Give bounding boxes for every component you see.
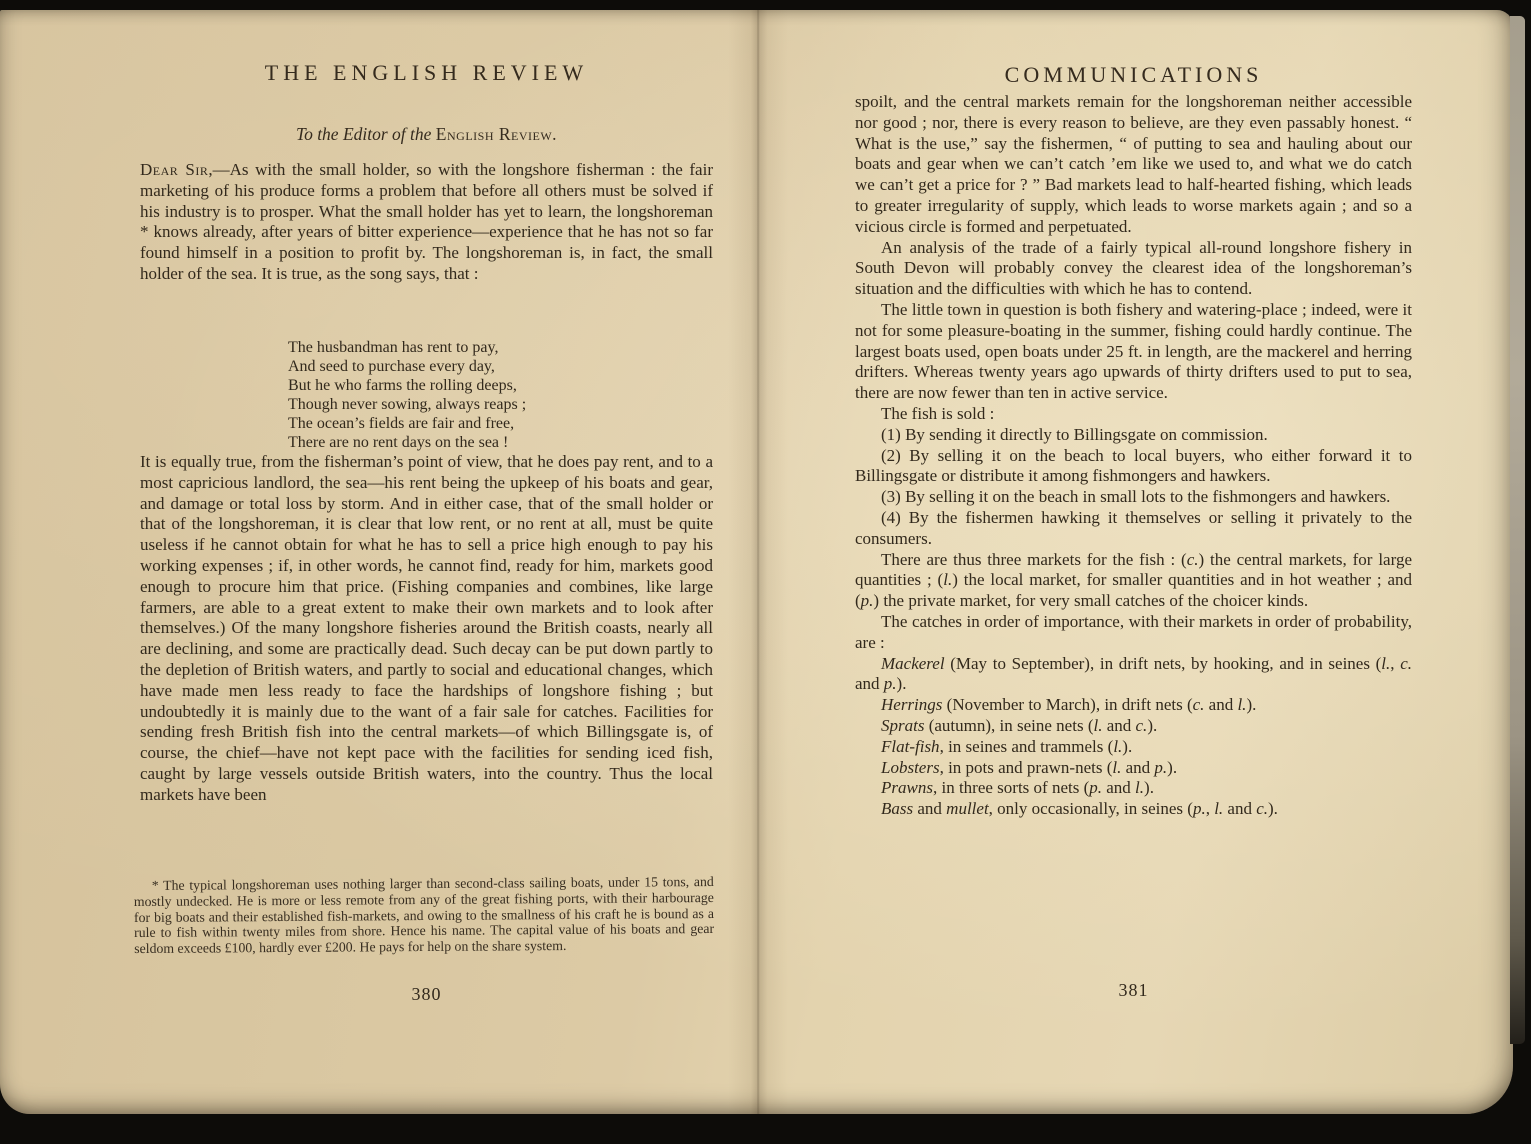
letter-salutation: To the Editor of the English Review.	[140, 124, 713, 145]
poem-line: The husbandman has rent to pay,	[288, 338, 526, 357]
poem-line: But he who farms the rolling deeps,	[288, 376, 526, 395]
right-running-head: COMMUNICATIONS	[855, 62, 1412, 88]
book-fore-edge	[1510, 16, 1525, 1044]
sales-list-item-1: (1) By sending it directly to Billingsga…	[855, 425, 1412, 446]
right-page-text-flow: spoilt, and the central markets remain f…	[855, 92, 1412, 820]
left-paragraph-1: Dear Sir,—As with the small holder, so w…	[140, 160, 713, 285]
sales-list-item-2: (2) By selling it on the beach to local …	[855, 446, 1412, 488]
right-page-number: 381	[855, 980, 1412, 1001]
fish-list-item-herrings: Herrings (November to March), in drift n…	[855, 695, 1412, 716]
poem-line: Though never sowing, always reaps ;	[288, 395, 526, 414]
left-page: THE ENGLISH REVIEW To the Editor of the …	[140, 0, 713, 1104]
right-paragraph-5: There are thus three markets for the fis…	[855, 550, 1412, 612]
fish-list-item-lobsters: Lobsters, in pots and prawn-nets (l. and…	[855, 758, 1412, 779]
left-page-number: 380	[140, 984, 713, 1005]
right-paragraph-3: The little town in question is both fish…	[855, 300, 1412, 404]
fish-list-item-flat-fish: Flat-fish, in seines and trammels (l.).	[855, 737, 1412, 758]
sales-list-item-4: (4) By the fishermen hawking it themselv…	[855, 508, 1412, 550]
poem-line: The ocean’s fields are fair and free,	[288, 414, 526, 433]
book-spread: THE ENGLISH REVIEW To the Editor of the …	[0, 0, 1531, 1144]
sales-list-item-3: (3) By selling it on the beach in small …	[855, 487, 1412, 508]
fish-list-item-bass-mullet: Bass and mullet, only occasionally, in s…	[855, 799, 1412, 820]
right-paragraph-6: The catches in order of importance, with…	[855, 612, 1412, 654]
fish-list-item-mackerel: Mackerel (May to September), in drift ne…	[855, 654, 1412, 696]
poem-line: There are no rent days on the sea !	[288, 433, 526, 452]
right-paragraph-1: spoilt, and the central markets remain f…	[855, 92, 1412, 238]
poem-block: The husbandman has rent to pay, And seed…	[288, 338, 526, 452]
fish-list-item-prawns: Prawns, in three sorts of nets (p. and l…	[855, 778, 1412, 799]
right-paragraph-4: The fish is sold :	[855, 404, 1412, 425]
left-running-head: THE ENGLISH REVIEW	[140, 60, 713, 86]
fish-list-item-sprats: Sprats (autumn), in seine nets (l. and c…	[855, 716, 1412, 737]
right-paragraph-2: An analysis of the trade of a fairly typ…	[855, 238, 1412, 300]
footnote: * The typical longshoreman uses nothing …	[134, 874, 715, 957]
right-page: COMMUNICATIONS spoilt, and the central m…	[855, 0, 1412, 1104]
left-paragraph-2: It is equally true, from the fisherman’s…	[140, 452, 713, 806]
poem-line: And seed to purchase every day,	[288, 357, 526, 376]
